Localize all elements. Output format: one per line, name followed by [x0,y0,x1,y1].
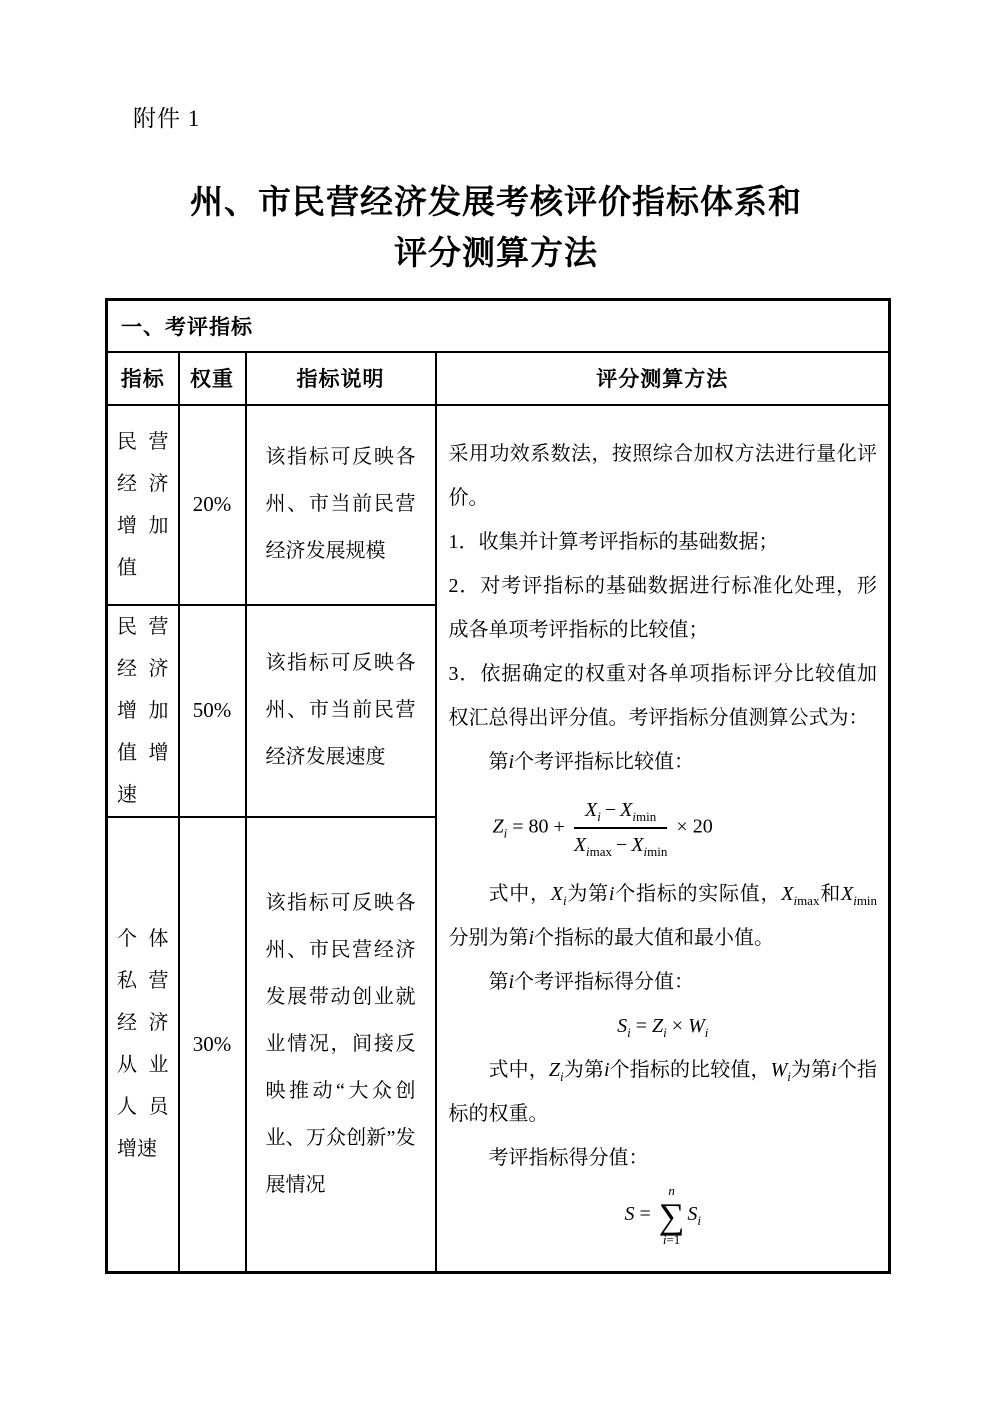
subscript: i [504,826,508,841]
math-sub: i [697,1213,701,1228]
math-op: = [512,816,523,838]
total-score-label: 考评指标得分值： [449,1136,878,1180]
math-op: = [636,1015,647,1037]
formula-z: Zi=80+Xi−XiminXimax−Ximin×20 [493,792,878,864]
math-sub-label: min [857,893,877,908]
math-var: X [631,834,643,856]
math-var: S [687,1203,697,1225]
math-var: Z [493,816,504,838]
column-header-indicator: 指标 [107,352,179,405]
formula-sum: S=n∑i=1Si [449,1180,878,1249]
compare-value-label: 第i个考评指标比较值： [449,740,878,784]
math-var: X [585,799,597,821]
subscript: imin [853,893,877,908]
math-sub-label: min [636,809,656,824]
math-var: Z [652,1015,663,1037]
subscript: imin [644,844,668,859]
text-run: 为第 [564,1059,604,1081]
method-step-2: 2．对考评指标的基础数据进行标准化处理，形成各单项考评指标的比较值； [449,564,878,652]
text-run: 个考评指标得分值： [514,971,694,993]
column-header-row: 指标 权重 指标说明 评分测算方法 [107,352,890,405]
table-row: 民营经济增加值 20% 该指标可反映各州、市当前民营经济发展规模 采用功效系数法… [107,405,890,605]
formula-s: Si=Zi×Wi [449,1004,878,1048]
column-header-description: 指标说明 [246,352,436,405]
indicator-cell: 民营经济增加值增速 [107,605,179,817]
math-sub: i [663,1025,667,1040]
subscript: i [663,1025,667,1040]
document-title: 州、市民营经济发展考核评价指标体系和评分测算方法 [104,178,888,280]
subscript: imin [632,809,656,824]
method-step-3: 3．依据确定的权重对各单项指标评分比较值加权汇总得出评分值。考评指标分值测算公式… [449,652,878,740]
math-op: × [676,816,687,838]
explain-s: 式中，Zi为第i个指标的比较值，Wi为第i个指标的权重。 [449,1048,878,1136]
weight-cell: 30% [179,817,246,1273]
weight-cell: 50% [179,605,246,817]
math-op: = [639,1203,650,1225]
text-run: 为第 [791,1059,831,1081]
score-value-label: 第i个考评指标得分值： [449,960,878,1004]
summation: n∑i=1 [659,1184,685,1247]
math-num: 20 [693,816,713,838]
numerator: Xi−Ximin [574,798,668,829]
math-num: 80 [529,816,549,838]
denominator: Ximax−Ximin [574,829,668,858]
math-op: × [672,1015,683,1037]
column-header-method: 评分测算方法 [436,352,890,405]
math-sub: i [504,826,508,841]
attachment-label: 附件 1 [133,100,200,133]
description-cell: 该指标可反映各州、市民营经济发展带动创业就业情况，间接反映推动“大众创业、万众创… [246,817,436,1273]
math-var: S [617,1015,627,1037]
math-op: − [616,834,627,856]
math-var: X [841,883,853,905]
text-run: 第 [489,751,509,773]
subscript: i [627,1025,631,1040]
section-header-row: 一、考评指标 [107,300,890,352]
math-sub: i [597,809,601,824]
math-sub: i [627,1025,631,1040]
text-run: 分别为第 [449,927,529,949]
document-page: 附件 1 州、市民营经济发展考核评价指标体系和评分测算方法 一、考评指标 指标 … [0,0,992,1403]
subscript: imax [586,844,612,859]
text-run: 个考评指标比较值： [514,751,694,773]
math-op: − [605,799,616,821]
math-sub: i [705,1025,709,1040]
explain-z: 式中，Xi为第i个指标的实际值，Ximax和Ximin分别为第i个指标的最大值和… [449,872,878,960]
text-run: 式中， [489,1059,549,1081]
text-run: 个指标的实际值， [614,883,781,905]
text-run: 个指标的最大值和最小值。 [534,927,774,949]
math-sub-label: max [797,893,819,908]
math-var: X [551,883,563,905]
math-sub-label: max [590,844,612,859]
indicator-cell: 民营经济增加值 [107,405,179,605]
description-cell: 该指标可反映各州、市当前民营经济发展速度 [246,605,436,817]
math-var: S [624,1203,634,1225]
text-run: 和 [819,883,841,905]
math-op: + [554,816,565,838]
column-header-weight: 权重 [179,352,246,405]
math-var: Z [549,1059,560,1081]
subscript: i [697,1213,701,1228]
math-var: X [620,799,632,821]
title-line-2: 评分测算方法 [394,236,598,272]
text-run: 第 [489,971,509,993]
title-line-1: 州、市民营经济发展考核评价指标体系和 [190,185,802,221]
math-var: W [771,1059,788,1081]
math-sub-label: =1 [666,1232,680,1247]
math-var: X [574,834,586,856]
section-header: 一、考评指标 [107,300,890,352]
text-run: 个指标的比较值， [610,1059,771,1081]
text-run: 式中， [489,883,551,905]
subscript: i [705,1025,709,1040]
text-run: 为第 [567,883,609,905]
sum-lower-limit: i=1 [663,1233,680,1247]
math-var: W [688,1015,705,1037]
indicator-table: 一、考评指标 指标 权重 指标说明 评分测算方法 民营经济增加值 20% 该指标… [105,298,891,1274]
method-step-1: 1．收集并计算考评指标的基础数据； [449,520,878,564]
math-sub-label: min [647,844,667,859]
sigma-symbol: ∑ [659,1199,685,1233]
weight-cell: 20% [179,405,246,605]
method-cell: 采用功效系数法，按照综合加权方法进行量化评价。 1．收集并计算考评指标的基础数据… [436,405,890,1273]
subscript: imax [793,893,819,908]
indicator-cell: 个体私营经济从业人员增速 [107,817,179,1273]
math-var: X [781,883,793,905]
description-cell: 该指标可反映各州、市当前民营经济发展规模 [246,405,436,605]
subscript: i [597,809,601,824]
fraction: Xi−XiminXimax−Ximin [574,798,668,858]
method-intro: 采用功效系数法，按照综合加权方法进行量化评价。 [449,432,878,520]
